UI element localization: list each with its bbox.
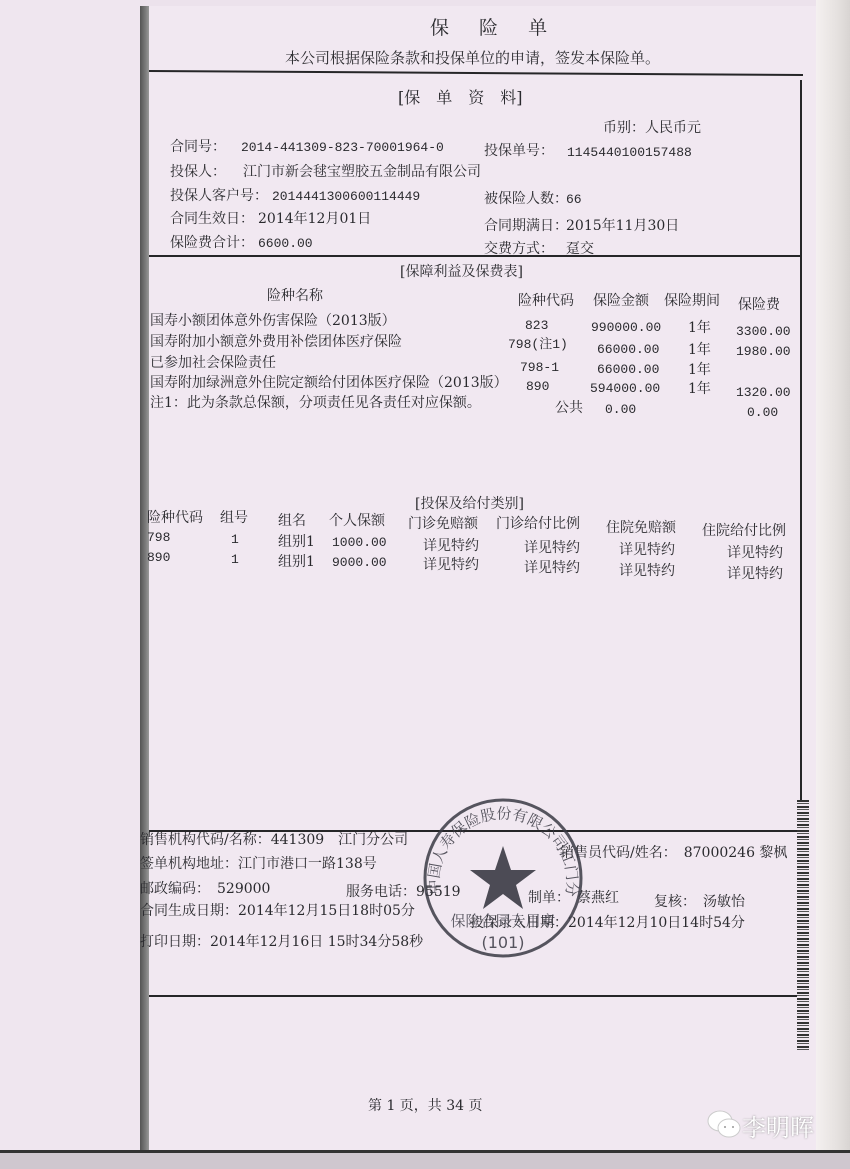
- salesperson: 销售员代码/姓名： 87000246 黎枫: [560, 845, 787, 861]
- insured-count-label: 被保险人数：: [484, 191, 568, 207]
- document-subtitle: 本公司根据保险条款和投保单位的申请，签发本保险单。: [285, 50, 660, 66]
- col-period: 保险期间: [664, 293, 720, 309]
- total-premium-label: 保险费合计：: [170, 235, 254, 251]
- page-number: 第 1 页，共 34 页: [368, 1098, 483, 1114]
- document-title: 保 险 单: [430, 20, 559, 36]
- barcode: [797, 800, 809, 1050]
- sign-address: 签单机构地址：江门市港口一路138号: [140, 856, 377, 872]
- print-date: 打印日期：2014年12月16日 15时34分58秒: [140, 934, 423, 950]
- col-inpatient-deductible: 住院免赔额: [606, 520, 676, 536]
- reviewed-by: 复核： 汤敏怡: [654, 894, 745, 910]
- product-code: 798-1: [520, 360, 559, 376]
- binding-spine: [140, 6, 149, 1152]
- postcode: 邮政编码： 529000: [140, 881, 270, 897]
- cell-group-no: 1: [231, 532, 239, 548]
- policy-info-title: [保 单 资 料]: [398, 90, 523, 106]
- issuer-bottom-rule: [149, 995, 802, 997]
- cell-personal-amount: 9000.00: [332, 555, 387, 571]
- product-name: 国寿小额团体意外伤害保险（2013版）: [150, 313, 396, 329]
- col-sum-insured: 保险金额: [593, 293, 649, 309]
- underlying-page: [0, 0, 140, 1152]
- col-inpatient-ratio: 住院给付比例: [702, 523, 786, 539]
- author-watermark: 李明晖: [742, 1108, 814, 1143]
- col-product-code: 险种代码: [518, 293, 574, 309]
- cell-outpatient-ratio: 详见特约: [524, 540, 580, 556]
- col-group-no: 组号: [220, 510, 248, 526]
- cell-outpatient-deductible: 详见特约: [423, 557, 479, 573]
- company-seal-stamp: 中国人寿保险股份有限公司江门分公司 保险合同专用章 (101): [418, 796, 588, 961]
- payment-method-value: 趸交: [566, 241, 594, 257]
- groups-title: [投保及给付类别]: [415, 496, 524, 512]
- total-premium-value: 6600.00: [258, 236, 313, 252]
- contract-no-label: 合同号：: [170, 139, 226, 155]
- effective-date-label: 合同生效日：: [170, 211, 254, 227]
- product-period: 1年: [688, 362, 711, 378]
- product-period: 1年: [688, 342, 711, 358]
- product-name: 已参加社会保险责任: [150, 355, 276, 371]
- product-amount: 66000.00: [597, 342, 659, 358]
- svg-text:(101): (101): [481, 933, 524, 952]
- star-icon: [470, 846, 536, 909]
- product-premium: 3300.00: [736, 324, 791, 340]
- sales-org: 销售机构代码/名称：441309 江门分公司: [140, 832, 408, 848]
- product-amount: 66000.00: [597, 362, 659, 378]
- product-name: 国寿附加小额意外费用补偿团体医疗保险: [150, 334, 402, 350]
- policyholder-value: 江门市新会毬宝塑胶五金制品有限公司: [243, 164, 481, 180]
- public-amount: 0.00: [605, 402, 636, 418]
- col-premium: 保险费: [738, 297, 780, 313]
- policyholder-label: 投保人：: [170, 164, 226, 180]
- customer-no-label: 投保人客户号：: [170, 188, 268, 204]
- product-amount: 990000.00: [591, 320, 661, 336]
- effective-date-value: 2014年12月01日: [258, 211, 371, 227]
- cell-group-name: 组别1: [278, 534, 315, 550]
- col-outpatient-ratio: 门诊给付比例: [496, 516, 580, 532]
- cell-personal-amount: 1000.00: [332, 535, 387, 551]
- insured-count-value: 66: [566, 192, 582, 208]
- col-personal-amount: 个人保额: [329, 513, 385, 529]
- product-code: 798(注1): [508, 337, 568, 353]
- expiry-date-label: 合同期满日：: [484, 218, 568, 234]
- public-premium: 0.00: [747, 405, 778, 421]
- cell-group-name: 组别1: [278, 554, 315, 570]
- customer-no-value: 2014441300600114449: [272, 189, 420, 205]
- page-edge-shadow: [816, 0, 850, 1169]
- currency-label: 币别：人民币元: [603, 120, 701, 136]
- payment-method-label: 交费方式：: [484, 241, 554, 257]
- product-period: 1年: [688, 381, 711, 397]
- scan-bottom-edge: [0, 1150, 850, 1169]
- application-no-value: 1145440100157488: [567, 145, 692, 161]
- product-premium: 1320.00: [736, 385, 791, 401]
- col-outpatient-deductible: 门诊免赔额: [408, 516, 478, 532]
- product-period: 1年: [688, 320, 711, 336]
- cell-outpatient-deductible: 详见特约: [423, 538, 479, 554]
- product-name: 国寿附加绿洲意外住院定额给付团体医疗保险（2013版）: [150, 375, 508, 391]
- col-product-name: 险种名称: [267, 288, 323, 304]
- product-amount: 594000.00: [590, 381, 660, 397]
- contract-no-value: 2014-441309-823-70001964-0: [241, 140, 444, 156]
- cell-inpatient-deductible: 详见特约: [619, 542, 675, 558]
- cell-outpatient-ratio: 详见特约: [524, 560, 580, 576]
- contract-generated-date: 合同生成日期：2014年12月15日18时05分: [140, 903, 415, 919]
- cell-inpatient-ratio: 详见特约: [727, 566, 783, 582]
- expiry-date-value: 2015年11月30日: [566, 218, 679, 234]
- product-premium: 1980.00: [736, 344, 791, 360]
- col-group-name: 组名: [278, 513, 306, 529]
- product-code: 890: [526, 379, 549, 395]
- cell-inpatient-ratio: 详见特约: [727, 545, 783, 561]
- cell-inpatient-deductible: 详见特约: [619, 563, 675, 579]
- svg-text:保险合同专用章: 保险合同专用章: [450, 912, 555, 930]
- cell-group-no: 1: [231, 552, 239, 568]
- cell-code: 890: [147, 550, 170, 566]
- wechat-icon: [706, 1108, 742, 1140]
- col-code: 险种代码: [147, 510, 203, 526]
- application-no-label: 投保单号：: [484, 143, 554, 159]
- product-code: 823: [525, 318, 548, 334]
- cell-code: 798: [147, 530, 170, 546]
- policy-info-bottom-rule: [149, 255, 802, 257]
- benefits-title: [保障利益及保费表]: [400, 264, 523, 280]
- public-label: 公共: [555, 400, 583, 416]
- benefits-note: 注1：此为条款总保额，分项责任见各责任对应保额。: [150, 395, 481, 411]
